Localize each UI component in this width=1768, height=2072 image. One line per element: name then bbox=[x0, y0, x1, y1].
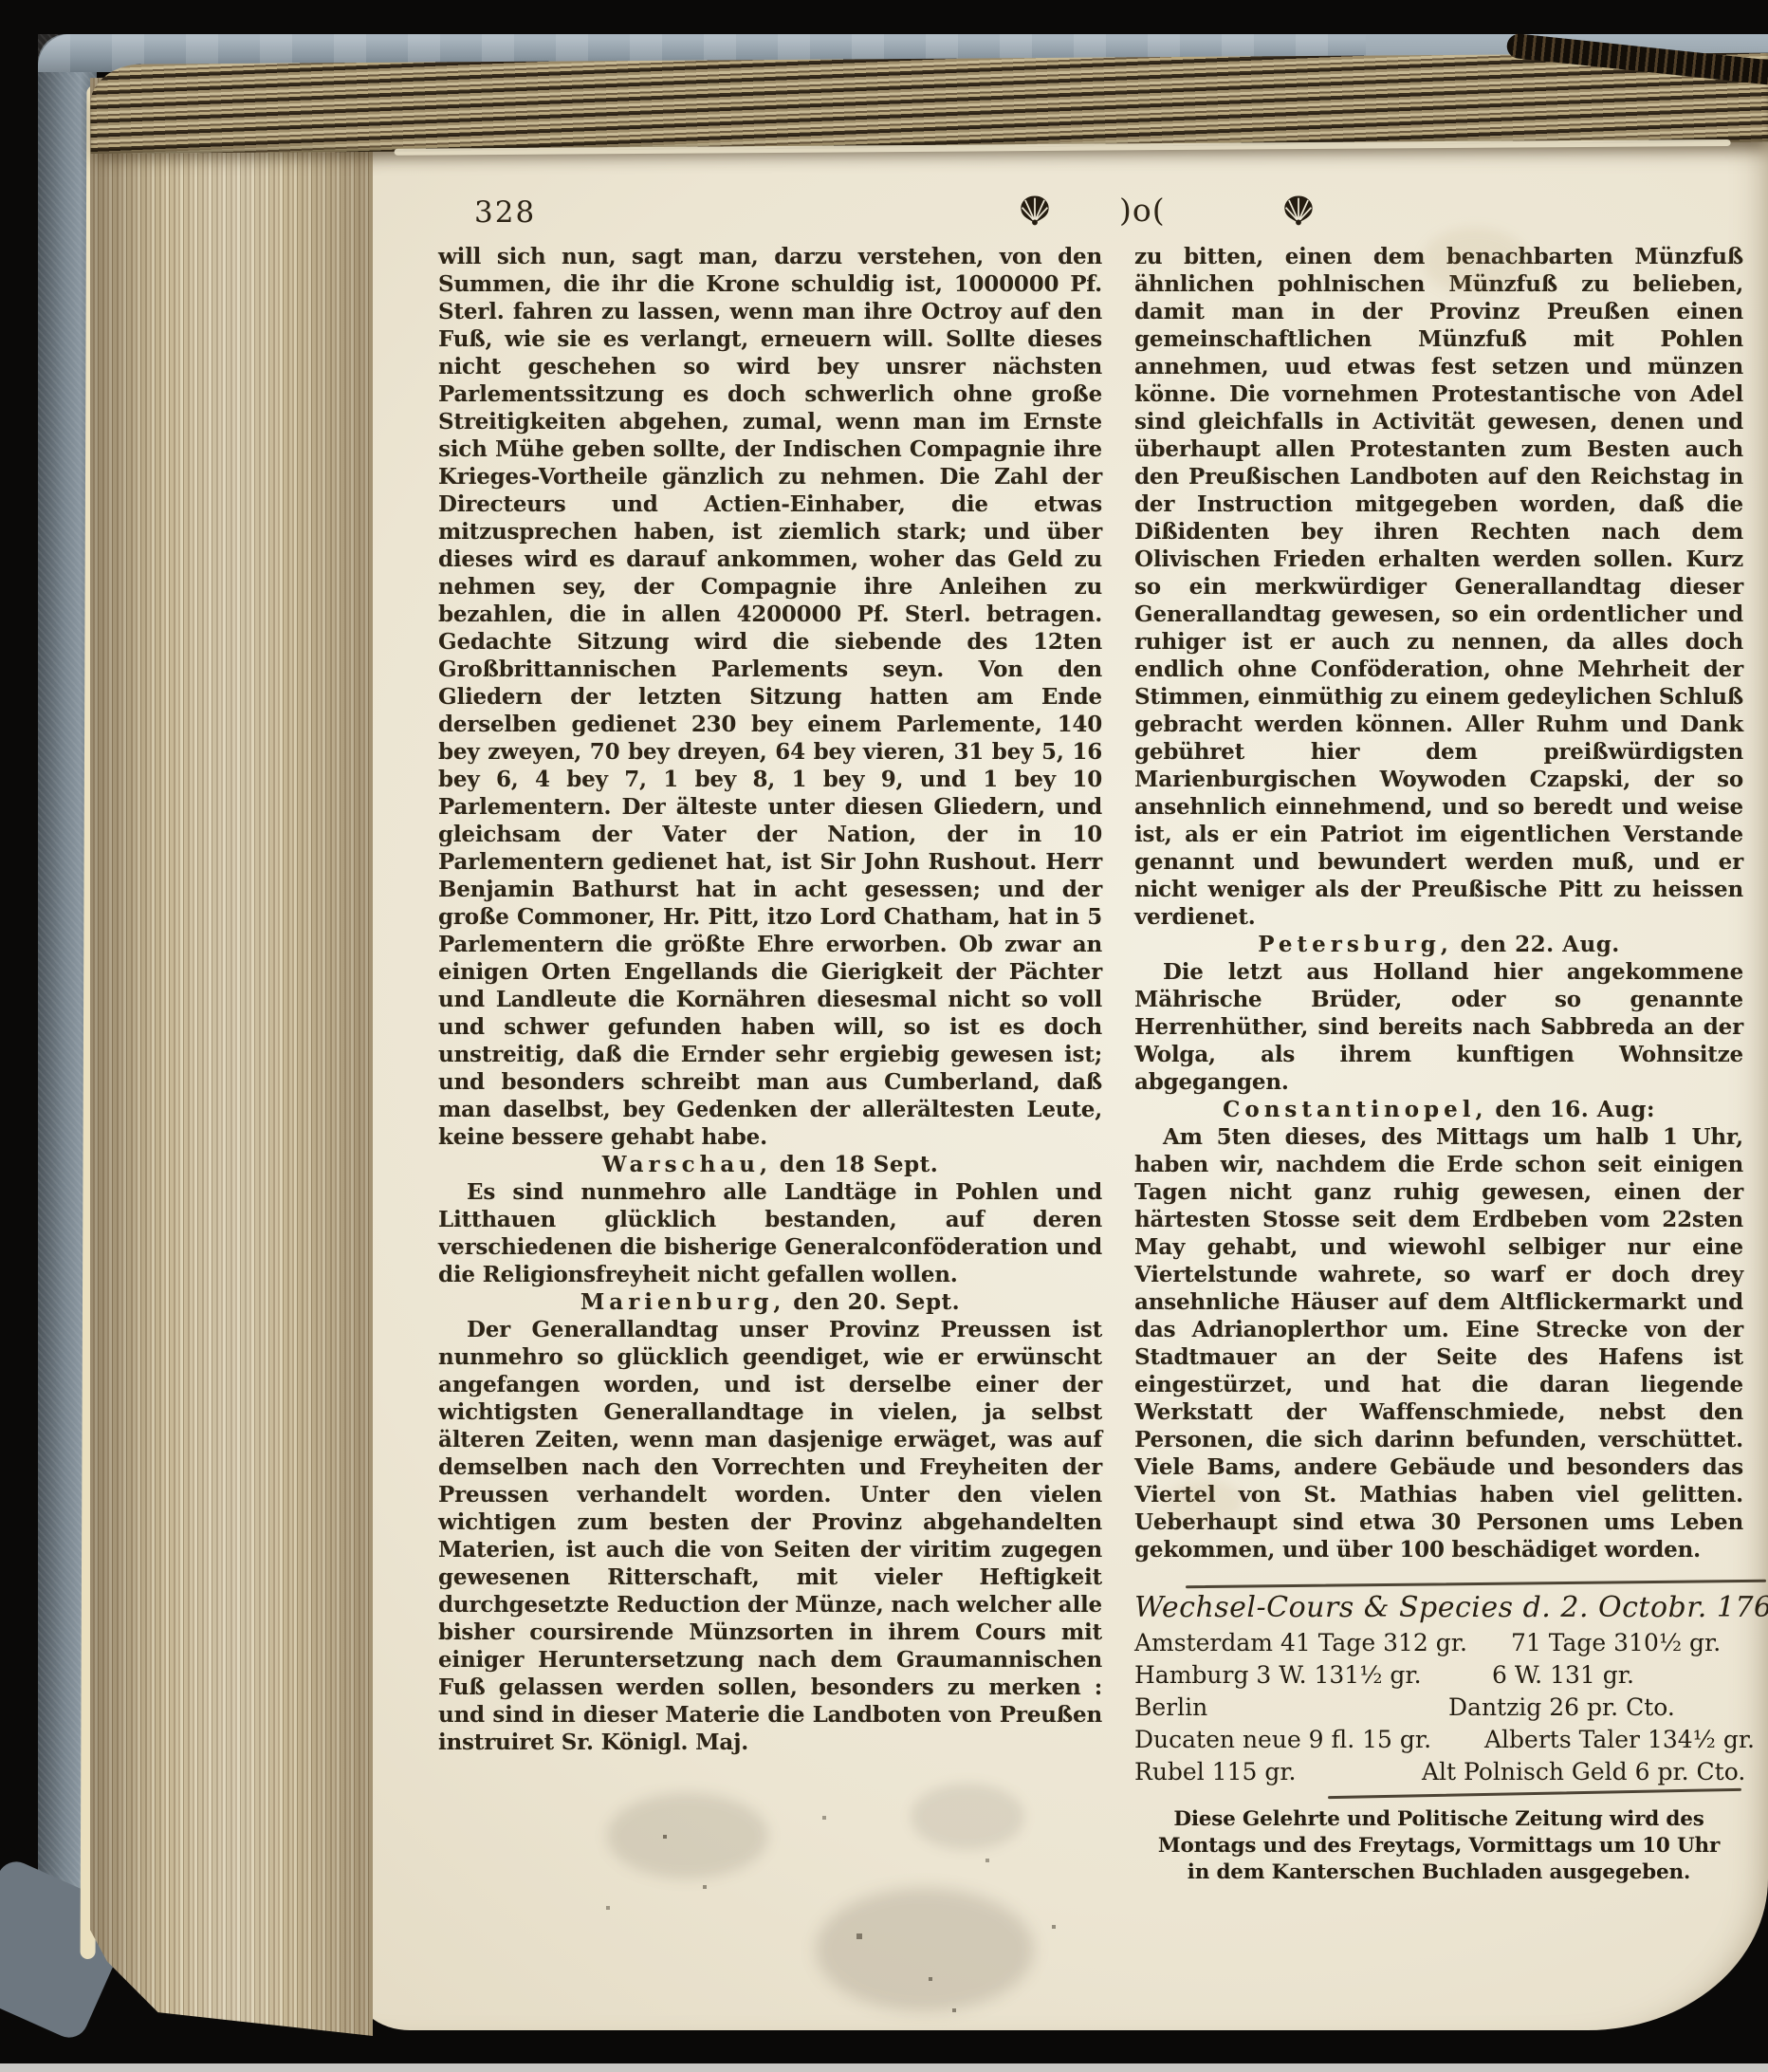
left-text-column: will sich nun, sagt man, darzu verstehen… bbox=[438, 243, 1102, 1756]
dateline-city: Marienburg, bbox=[580, 1289, 786, 1315]
rate-left: Hamburg 3 W. 131½ gr. bbox=[1134, 1661, 1422, 1689]
dateline-constantinopel: Constantinopel, den 16. Aug: bbox=[1134, 1096, 1743, 1123]
rate-left: Ducaten neue 9 fl. 15 gr. bbox=[1134, 1726, 1431, 1753]
rate-left: Berlin bbox=[1134, 1693, 1207, 1721]
rate-right: Alt Polnisch Geld 6 pr. Cto. bbox=[1422, 1756, 1745, 1788]
news-paragraph: will sich nun, sagt man, darzu verstehen… bbox=[438, 243, 1102, 1151]
table-row: Hamburg 3 W. 131½ gr. 6 W. 131 gr. bbox=[1134, 1659, 1743, 1692]
ink-smudge bbox=[911, 1784, 1024, 1850]
rate-right: 71 Tage 310½ gr. bbox=[1511, 1627, 1721, 1659]
table-row: Ducaten neue 9 fl. 15 gr. Alberts Taler … bbox=[1134, 1724, 1743, 1756]
rate-left: Amsterdam 41 Tage 312 gr. bbox=[1134, 1629, 1467, 1656]
dateline-date: den 18 Sept. bbox=[780, 1152, 938, 1177]
dateline-city: Constantinopel, bbox=[1223, 1097, 1487, 1122]
dateline-city: Petersburg, bbox=[1258, 932, 1453, 957]
top-edge-page-stack bbox=[90, 53, 1768, 154]
exchange-course-table: Amsterdam 41 Tage 312 gr. 71 Tage 310½ g… bbox=[1134, 1627, 1743, 1788]
news-paragraph: Es sind nunmehro alle Landtäge in Pohlen… bbox=[438, 1178, 1102, 1288]
dateline-petersburg: Petersburg, den 22. Aug. bbox=[1134, 931, 1743, 958]
news-paragraph: zu bitten, einen dem benachbarten Münzfu… bbox=[1134, 243, 1743, 931]
dateline-date: den 16. Aug: bbox=[1495, 1097, 1655, 1122]
rate-left: Rubel 115 gr. bbox=[1134, 1758, 1296, 1785]
exchange-course-title: Wechsel-Cours & Species d. 2. Octobr. 17… bbox=[1134, 1589, 1743, 1627]
rate-right: Dantzig 26 pr. Cto. bbox=[1448, 1692, 1675, 1724]
news-paragraph: Der Generallandtag unser Provinz Preusse… bbox=[438, 1316, 1102, 1756]
table-row: Amsterdam 41 Tage 312 gr. 71 Tage 310½ g… bbox=[1134, 1627, 1743, 1659]
running-head: 328 )o( bbox=[0, 190, 1768, 237]
scan-edge-strip bbox=[0, 2063, 1768, 2072]
rate-right: Alberts Taler 134½ gr. bbox=[1484, 1724, 1755, 1756]
publication-notice: Diese Gelehrte und Politische Zeitung wi… bbox=[1134, 1806, 1743, 1886]
shell-ornament-icon bbox=[1017, 192, 1053, 228]
paper-stain bbox=[1423, 228, 1527, 294]
dateline-city: Warschau, bbox=[602, 1152, 772, 1177]
rule-divider bbox=[1186, 1580, 1766, 1588]
dateline-date: den 22. Aug. bbox=[1461, 932, 1620, 957]
dateline-date: den 20. Sept. bbox=[793, 1289, 960, 1315]
rate-right: 6 W. 131 gr. bbox=[1492, 1659, 1634, 1692]
signature-mark: )o( bbox=[1119, 192, 1166, 229]
fore-edge-page-stack bbox=[90, 70, 373, 2036]
ink-smudge bbox=[607, 1793, 768, 1878]
paper-specks bbox=[0, 0, 2, 2]
table-row: Rubel 115 gr. Alt Polnisch Geld 6 pr. Ct… bbox=[1134, 1756, 1743, 1788]
rule-divider bbox=[1328, 1788, 1741, 1799]
dateline-marienburg: Marienburg, den 20. Sept. bbox=[438, 1288, 1102, 1316]
table-row: Berlin Dantzig 26 pr. Cto. bbox=[1134, 1692, 1743, 1724]
right-text-column: zu bitten, einen dem benachbarten Münzfu… bbox=[1134, 243, 1743, 1886]
shell-ornament-icon bbox=[1280, 192, 1317, 228]
news-paragraph: Die letzt aus Holland hier angekommene M… bbox=[1134, 958, 1743, 1096]
ink-smudge bbox=[816, 1888, 1034, 2011]
page-number: 328 bbox=[474, 195, 536, 230]
exchange-course-section: Wechsel-Cours & Species d. 2. Octobr. 17… bbox=[1134, 1582, 1743, 1795]
paper-stain bbox=[1167, 1480, 1243, 1524]
book-photo: 328 )o( will sich bbox=[0, 0, 1768, 2072]
dateline-warschau: Warschau, den 18 Sept. bbox=[438, 1151, 1102, 1178]
